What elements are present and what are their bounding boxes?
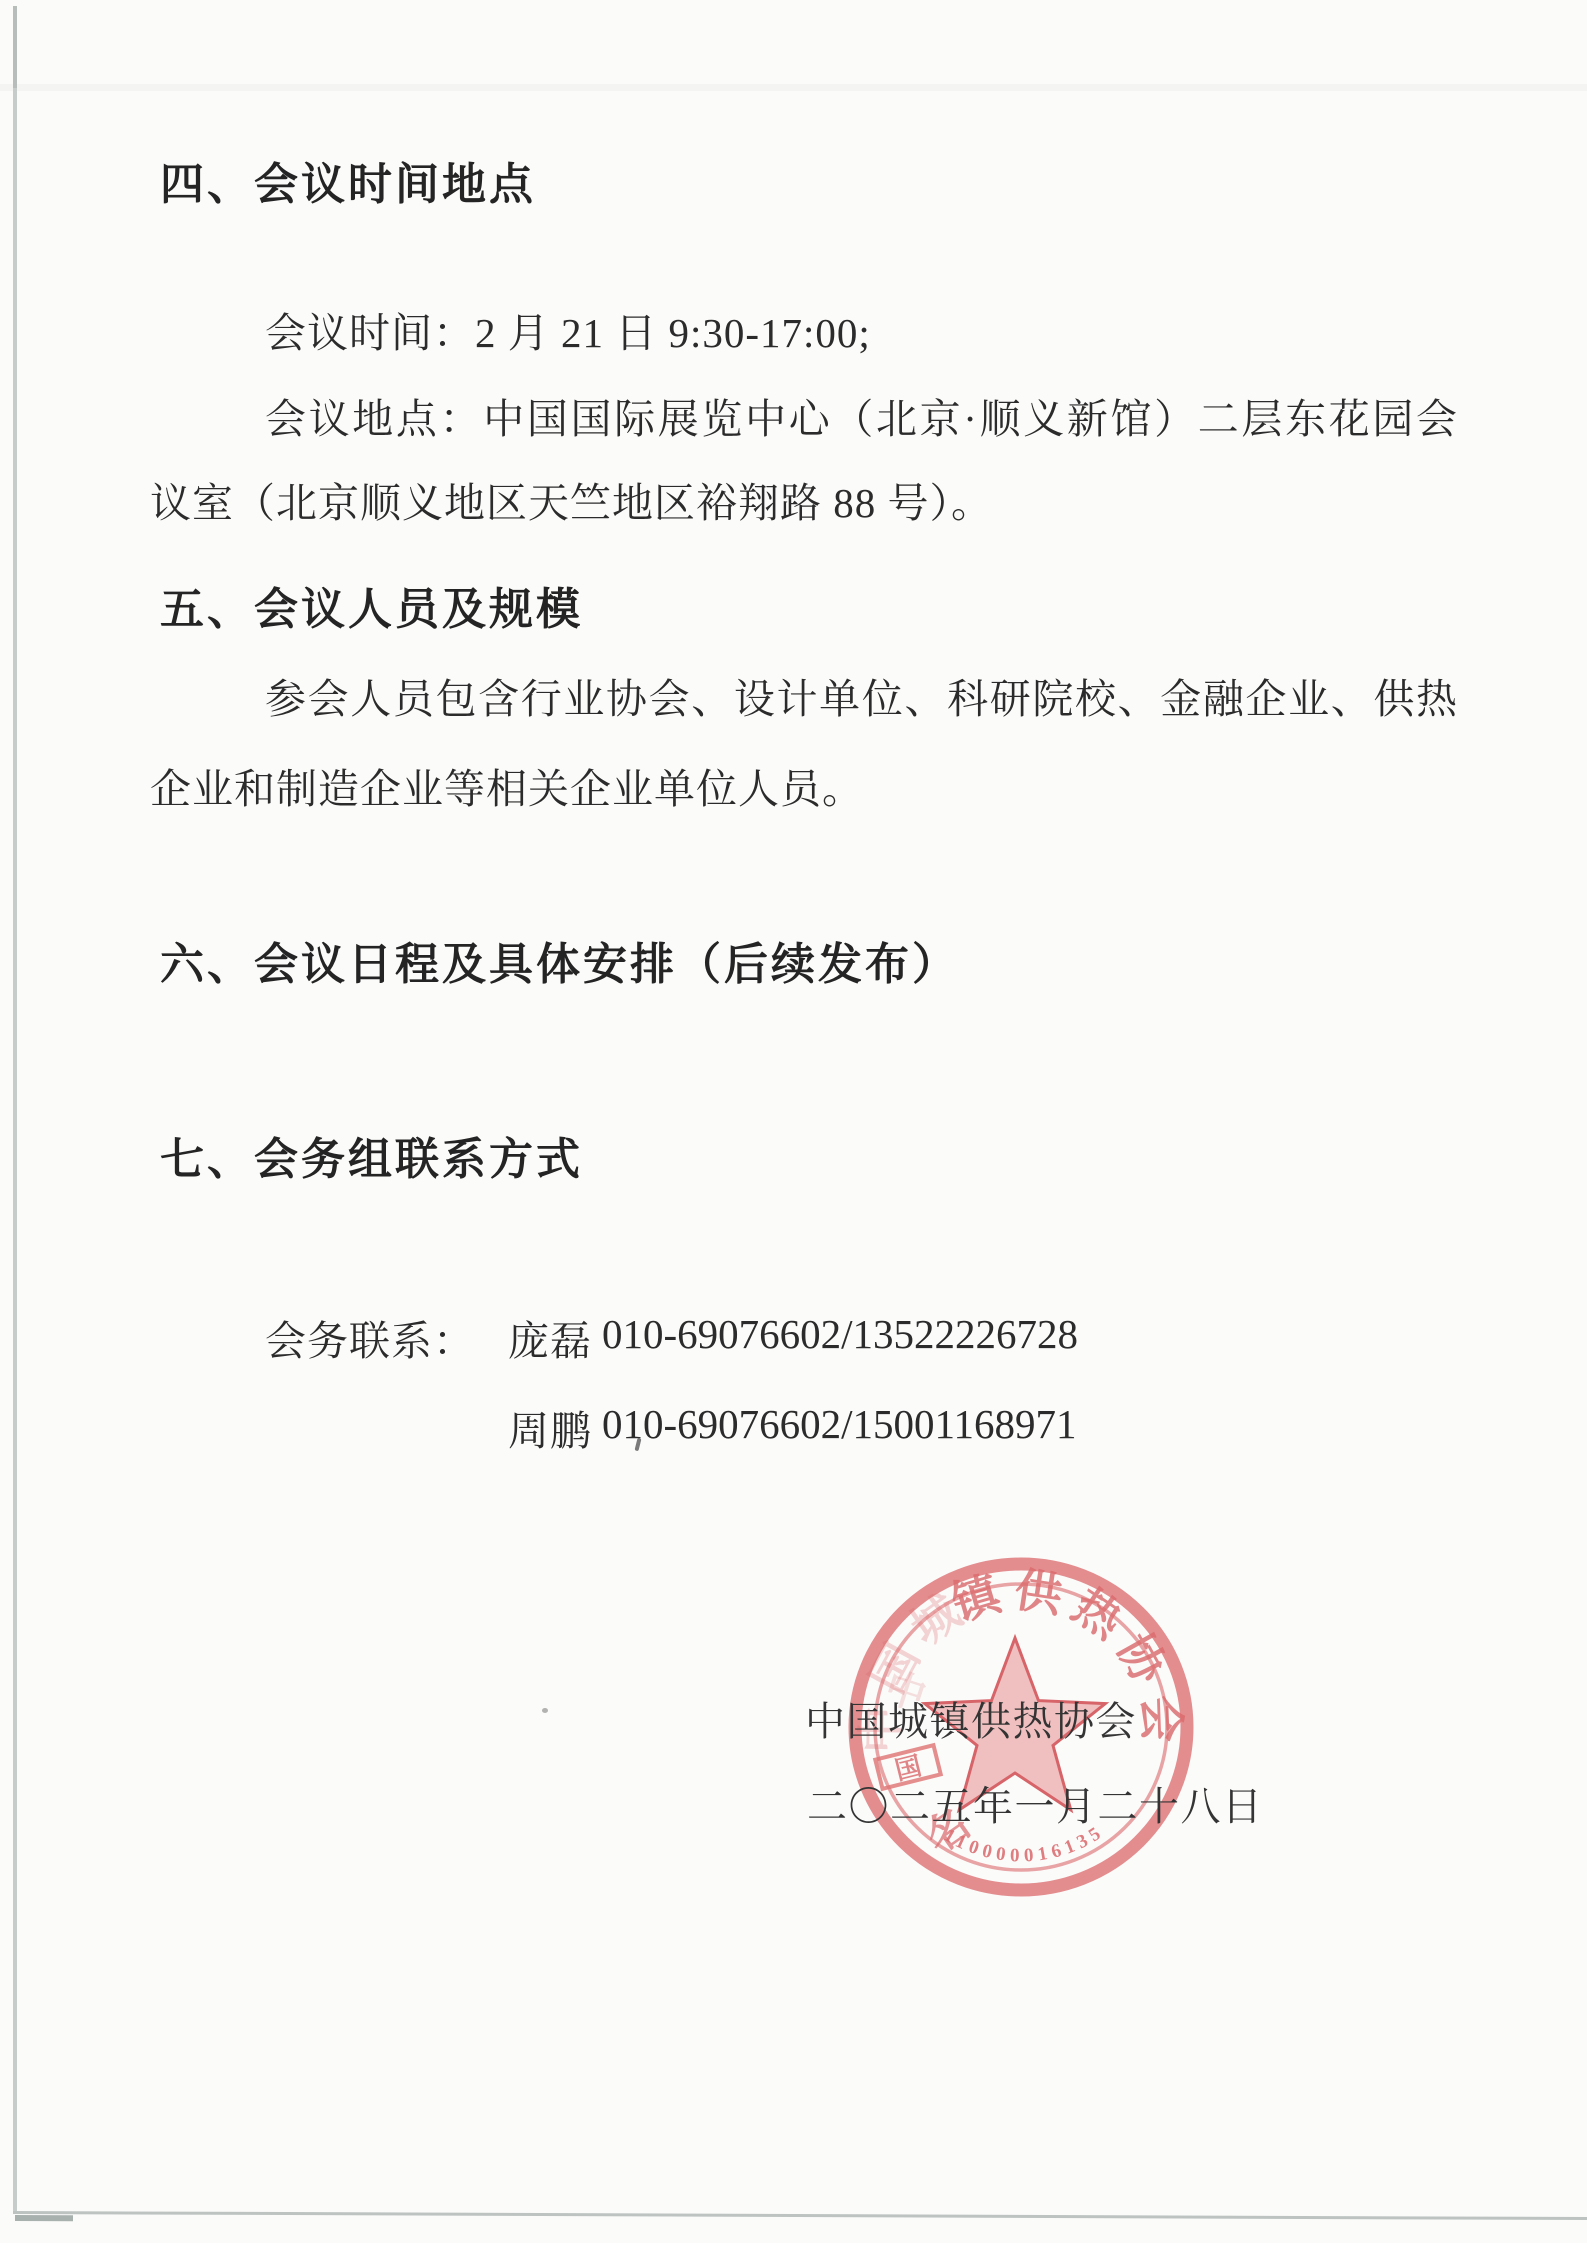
scan-page-bottom-edge — [13, 2211, 1587, 2220]
scanned-document-page: 四、会议时间地点 会议时间：2 月 21 日 9:30-17:00; 会议地点：… — [0, 0, 1587, 2243]
scan-speck-dot — [542, 1708, 548, 1713]
contact-name-2: 周鹏 — [508, 1398, 592, 1457]
scan-page-left-edge-dark — [13, 6, 17, 88]
section4-location-line1: 会议地点：中国国际展览中心（北京·顺义新馆）二层东花园会 — [265, 386, 1457, 445]
section7-heading: 七、会务组联系方式 — [160, 1123, 583, 1187]
section4-heading: 四、会议时间地点 — [160, 148, 536, 212]
scan-page-left-edge — [13, 6, 17, 2214]
signoff-organization: 中国城镇供热协会 — [805, 1690, 1137, 1747]
section5-line2: 企业和制造企业等相关企业单位人员。 — [150, 756, 864, 815]
section4-location-line2: 议室（北京顺义地区天竺地区裕翔路 88 号）。 — [150, 470, 993, 529]
contact-label: 会务联系： — [265, 1308, 475, 1367]
section6-heading: 六、会议日程及具体安排（后续发布） — [160, 928, 959, 992]
signoff-date: 二〇二五年一月二十八日 — [807, 1775, 1264, 1832]
contact-phone-2: 010-69076602/15001168971 — [602, 1400, 1077, 1448]
section5-heading: 五、会议人员及规模 — [160, 573, 583, 637]
contact-name-1: 庞磊 — [508, 1308, 592, 1367]
scan-page-bottom-shadow — [15, 2215, 73, 2221]
contact-phone-1: 010-69076602/13522226728 — [602, 1310, 1078, 1358]
section4-time-line: 会议时间：2 月 21 日 9:30-17:00; — [265, 300, 871, 359]
scan-artifact-band — [0, 84, 1587, 91]
section5-line1: 参会人员包含行业协会、设计单位、科研院校、金融企业、供热 — [265, 666, 1457, 725]
